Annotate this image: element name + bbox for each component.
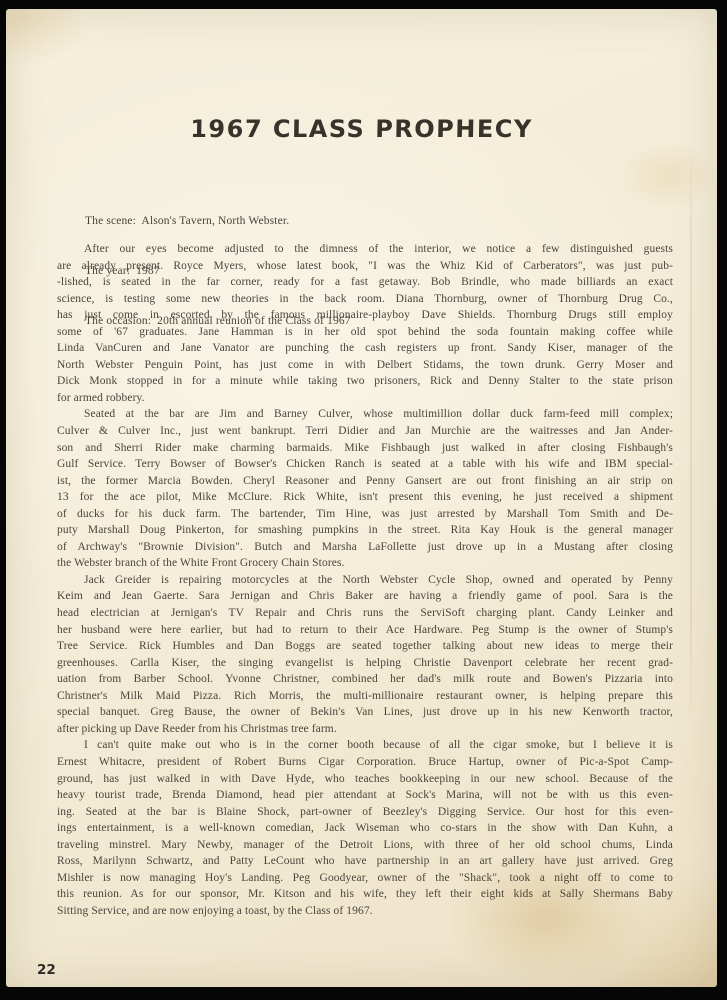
text-line: heavy tourist trade, Brenda Diamond, hea… xyxy=(57,787,673,804)
text-line: Dick Monk stopped in for a minute while … xyxy=(57,373,673,390)
text-line: are already present. Royce Myers, whose … xyxy=(57,258,673,275)
text-line: Sitting Service, and are now enjoying a … xyxy=(57,903,673,920)
text-line: science, is testing some new theories in… xyxy=(57,291,673,308)
text-line: -lished, is seated in the far corner, re… xyxy=(57,274,673,291)
text-line: has just come in escorted by the famous … xyxy=(57,307,673,324)
page-number: 22 xyxy=(37,962,56,978)
text-line: head electrician at Jernigan's TV Repair… xyxy=(57,605,673,622)
scene-line: The scene: Alson's Tavern, North Webster… xyxy=(85,213,351,230)
text-line: Seated at the bar are Jim and Barney Cul… xyxy=(57,406,673,423)
prophecy-text: After our eyes become adjusted to the di… xyxy=(57,241,673,919)
text-line: ist, the former Marcia Bowden. Cheryl Re… xyxy=(57,473,673,490)
paragraph-1: After our eyes become adjusted to the di… xyxy=(57,241,673,406)
text-line: After our eyes become adjusted to the di… xyxy=(57,241,673,258)
text-line: uation from Barber School. Yvonne Christ… xyxy=(57,671,673,688)
text-line: Tree Service. Rick Humbles and Dan Boggs… xyxy=(57,638,673,655)
text-line: ground, has just walked in with Dave Hyd… xyxy=(57,771,673,788)
text-line: of Archway's "Brownie Division". Butch a… xyxy=(57,539,673,556)
text-line: after picking up Dave Reeder from his Ch… xyxy=(57,721,673,738)
paragraph-3: Jack Greider is repairing motorcycles at… xyxy=(57,572,673,737)
text-line: this reunion. As for our sponsor, Mr. Ki… xyxy=(57,886,673,903)
text-line: Jack Greider is repairing motorcycles at… xyxy=(57,572,673,589)
text-line: greenhouses. Carlla Kiser, the singing e… xyxy=(57,655,673,672)
text-line: North Webster Penguin Point, has just co… xyxy=(57,357,673,374)
text-line: some of '67 graduates. Jane Hamman is in… xyxy=(57,324,673,341)
text-line: 13 for the ace pilot, Mike McClure. Rick… xyxy=(57,489,673,506)
page-title: 1967 CLASS PROPHECY xyxy=(6,115,717,143)
paragraph-2: Seated at the bar are Jim and Barney Cul… xyxy=(57,406,673,571)
text-line: Christner's Milk Maid Pizza. Rich Morris… xyxy=(57,688,673,705)
text-line: traveling minstrel. Mary Newby, manager … xyxy=(57,837,673,854)
text-line: Ross, Marilynn Schwartz, and Patty LeCou… xyxy=(57,853,673,870)
text-line: ings entertainment, is a well-known come… xyxy=(57,820,673,837)
text-line: the Webster branch of the White Front Gr… xyxy=(57,555,673,572)
text-line: Ernest Whitacre, president of Robert Bur… xyxy=(57,754,673,771)
text-line: special banquet. Greg Bause, the owner o… xyxy=(57,704,673,721)
text-line: Culver & Culver Inc., just went bankrupt… xyxy=(57,423,673,440)
text-line: Gulf Service. Terry Bowser of Bowser's C… xyxy=(57,456,673,473)
text-line: son and Sherri Rider make charming barma… xyxy=(57,440,673,457)
paper-crease xyxy=(690,139,692,729)
paragraph-4: I can't quite make out who is in the cor… xyxy=(57,737,673,919)
text-line: Linda VanCuren and Jane Vanator are punc… xyxy=(57,340,673,357)
scan-border: 1967 CLASS PROPHECY The scene: Alson's T… xyxy=(0,0,727,1000)
text-line: puty Marshall Doug Pinkerton, for smashi… xyxy=(57,522,673,539)
text-line: for armed robbery. xyxy=(57,390,673,407)
text-line: I can't quite make out who is in the cor… xyxy=(57,737,673,754)
text-line: of ducks for his duck farm. The bartende… xyxy=(57,506,673,523)
text-line: Mishler is now managing Hoy's Landing. P… xyxy=(57,870,673,887)
text-line: Keim and Jean Gaerte. Sara Jernigan and … xyxy=(57,588,673,605)
yearbook-page: 1967 CLASS PROPHECY The scene: Alson's T… xyxy=(6,9,717,987)
text-line: her husband were here earlier, but had t… xyxy=(57,622,673,639)
text-line: ing. Seated at the bar is Blaine Shock, … xyxy=(57,804,673,821)
